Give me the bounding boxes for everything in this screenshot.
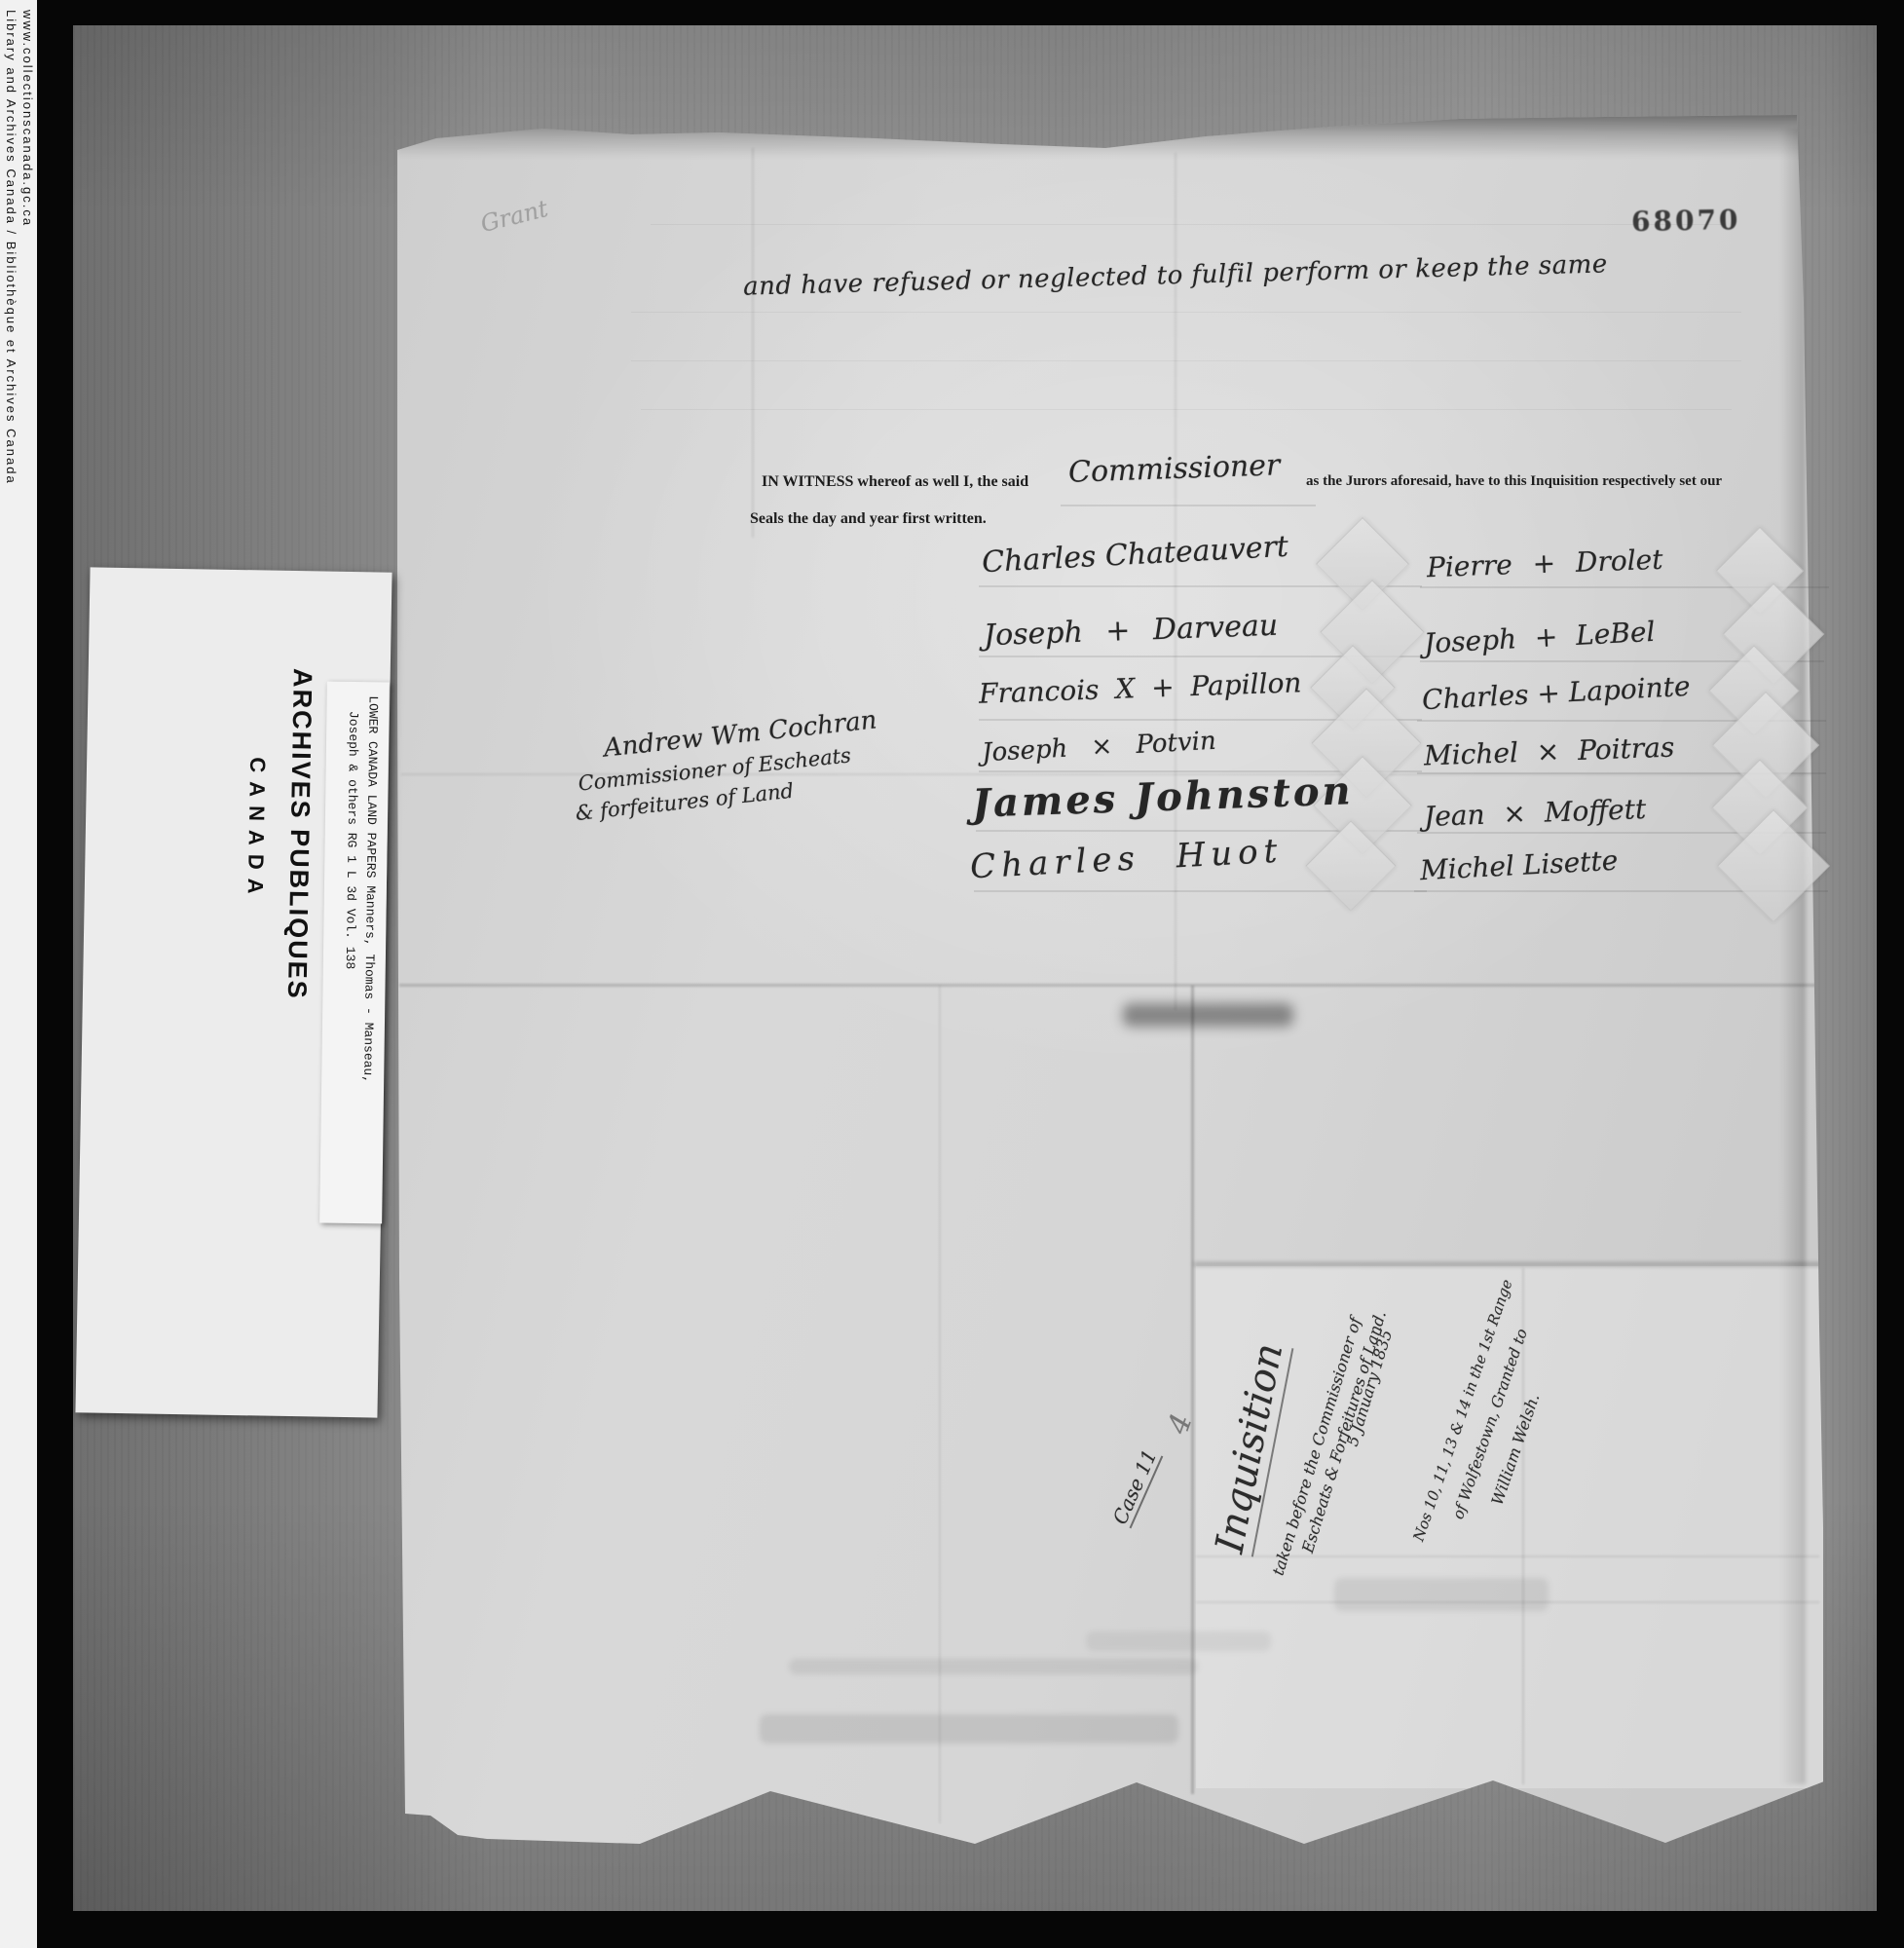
ghost-rule xyxy=(631,360,1741,361)
ghost-rule xyxy=(631,312,1741,313)
document-paper xyxy=(397,109,1823,1847)
ghost-rule xyxy=(651,224,1722,225)
catalog-label-text: LOWER CANADA LAND PAPERS Manners, Thomas… xyxy=(335,682,385,1224)
commissioner-blank-rule xyxy=(1061,505,1316,506)
left-quarter-fold xyxy=(939,986,941,1823)
docket-panel-top-crease xyxy=(1194,1262,1823,1266)
page-number-stamp: 68070 xyxy=(1631,204,1741,238)
credit-institution: Library and Archives Canada / Bibliothèq… xyxy=(3,0,19,1948)
digitization-credit-strip: www.collectionscanada.gc.ca Library and … xyxy=(0,0,37,1948)
catalog-label-line1: LOWER CANADA LAND PAPERS Manners, Thomas… xyxy=(357,682,382,1223)
credit-strip-text: www.collectionscanada.gc.ca Library and … xyxy=(2,0,36,1948)
archival-scan-page: www.collectionscanada.gc.ca Library and … xyxy=(0,0,1904,1948)
credit-website: www.collectionscanada.gc.ca xyxy=(19,0,35,1948)
crease-strong xyxy=(399,984,1817,987)
card-country: CANADA xyxy=(233,570,273,1415)
scan-area: 68070 Grant and have refused or neglecte… xyxy=(73,25,1877,1911)
bleedthrough-smudge xyxy=(1334,1578,1549,1611)
tear-crease xyxy=(752,148,754,538)
card-title-french: ARCHIVES PUBLIQUES xyxy=(274,571,318,1416)
catalog-label: LOWER CANADA LAND PAPERS Manners, Thomas… xyxy=(319,682,390,1224)
bleedthrough-smudge xyxy=(789,1659,1198,1674)
witness-clause-part2: as the Jurors aforesaid, have to this In… xyxy=(1306,473,1722,490)
crease-dark-blob xyxy=(1123,1003,1293,1027)
witness-clause-part3: Seals the day and year first written. xyxy=(750,510,987,528)
bleedthrough-smudge xyxy=(1086,1631,1271,1651)
witness-clause-part1: IN WITNESS whereof as well I, the said xyxy=(762,473,1028,491)
ghost-rule xyxy=(641,409,1732,410)
bleedthrough-smudge xyxy=(760,1714,1178,1743)
